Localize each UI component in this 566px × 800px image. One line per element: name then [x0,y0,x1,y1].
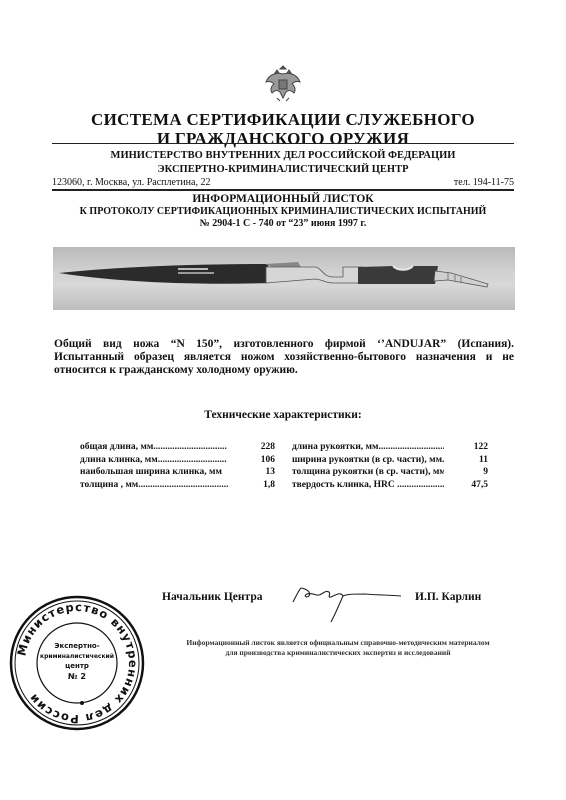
spec-value: 122 [454,441,488,454]
spec-label: наибольшая ширина клинка, мм [80,466,240,479]
title-line-2: И ГРАЖДАНСКОГО ОРУЖИЯ [0,129,566,148]
center-name: ЭКСПЕРТНО-КРИМИНАЛИСТИЧЕСКИЙ ЦЕНТР [0,163,566,177]
title-line-1: СИСТЕМА СЕРТИФИКАЦИИ СЛУЖЕБНОГО [0,110,566,129]
signer-position: Начальник Центра [162,591,262,603]
ministry-block: МИНИСТЕРСТВО ВНУТРЕННИХ ДЕЛ РОССИЙСКОЙ Ф… [0,149,566,177]
spec-label: длина клинка, мм........................… [80,454,240,467]
spec-value: 106 [240,454,275,467]
stamp-inner-2: криминалистический [40,653,114,660]
spec-value: 1,8 [240,479,275,492]
specs-title: Технические характеристики: [0,409,566,421]
coat-of-arms-icon [263,62,303,104]
spec-value: 9 [454,466,488,479]
spec-value: 11 [454,454,488,467]
spec-value: 47,5 [454,479,488,492]
knife-photo [53,247,515,310]
stamp-inner-4: № 2 [68,672,86,681]
footnote: Информационный листок является официальн… [110,638,566,658]
spec-value: 228 [240,441,275,454]
spec-label: толщина , мм............................… [80,479,240,492]
description-line-1: Общий вид ножа “N 150”, изготовленного ф… [54,338,514,351]
description-line-2: Испытанный образец является ножом хозяйс… [54,351,514,364]
spec-value: 13 [240,466,275,479]
stamp-inner-3: центр [65,662,89,670]
footnote-line-2: для производства криминалистических эксп… [110,648,566,658]
spec-label: твердость клинка, HRC ..................… [292,479,444,492]
phone: тел. 194-11-75 [454,177,514,188]
divider [52,189,514,191]
divider [52,143,514,144]
signature-icon [285,580,405,630]
footnote-line-1: Информационный листок является официальн… [110,638,566,648]
spec-label: ширина рукоятки (в ср. части), мм.... [292,454,444,467]
knife-icon [53,247,515,310]
spec-label: общая длина, мм.........................… [80,441,240,454]
spec-label: длина рукоятки, мм......................… [292,441,444,454]
knife-description: Общий вид ножа “N 150”, изготовленного ф… [54,338,514,377]
spec-label: толщина рукоятки (в ср. части), мм. [292,466,444,479]
address: 123060, г. Москва, ул. Расплетина, 22 [52,177,210,188]
stamp-inner-1: Экспертно- [54,642,99,650]
protocol-number: № 2904-1 С - 740 от “23” июня 1997 г. [0,218,566,230]
specs-table: общая длина, мм.........................… [0,441,566,501]
info-title: ИНФОРМАЦИОННЫЙ ЛИСТОК [0,193,566,206]
official-stamp: Министерство внутренних дел России Экспе… [6,592,148,734]
signer-name: И.П. Карлин [415,591,481,603]
ministry-name: МИНИСТЕРСТВО ВНУТРЕННИХ ДЕЛ РОССИЙСКОЙ Ф… [0,149,566,163]
description-line-3: относится к гражданскому холодному оружи… [54,364,514,377]
info-subtitle: К ПРОТОКОЛУ СЕРТИФИКАЦИОННЫХ КРИМИНАЛИСТ… [0,206,566,218]
